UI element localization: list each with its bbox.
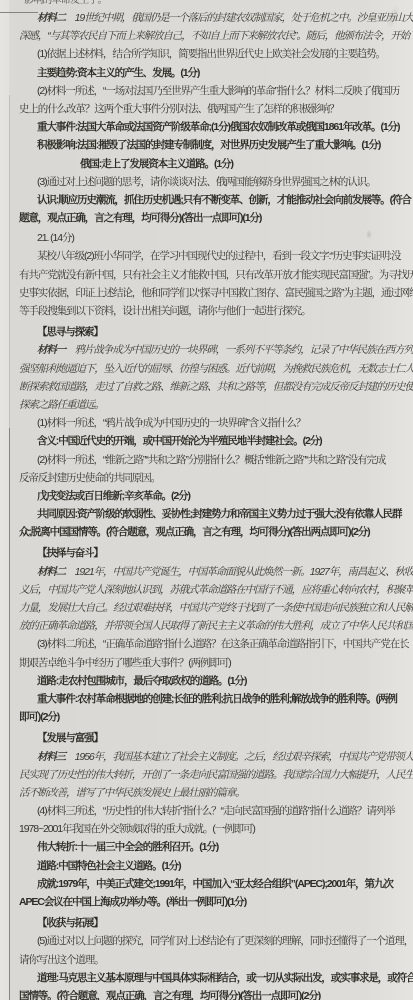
line-text: (1)材料一所述，“鸦片战争成为中国历史的一块界碑”含义指什么？	[37, 417, 305, 429]
text-line: 请你写出这个道理。	[19, 951, 413, 969]
text-line: 俄国:走上了发展资本主义道路。(1分)	[80, 155, 413, 173]
document-body: 影响的革命发生了。 材料二 19世纪中期，俄国仍是一个落后的封建农奴制国家，处于…	[0, 0, 413, 1000]
text-line: 断探索救国道路，走过了自救之路、维新之路、共和之路等，但都没有完成反帝反封建的历…	[19, 378, 413, 396]
line-text: 资本主义的产生、发展。(1分)	[77, 67, 199, 79]
line-text: 【发展与富强】	[37, 732, 103, 744]
line-text: 农村革命根据地的创建;长征的胜利;抗日战争的胜利;解放战争的胜利等。(两例	[77, 693, 397, 705]
text-line: 等手段搜集到以下资料，设计出相关问题，请你与他们一起进行探究。	[19, 302, 413, 320]
line-text: 资产阶级的软弱性、妥协性;封建势力和帝国主义势力过于强大;没有依靠人民群	[77, 508, 401, 520]
line-text: 法国大革命或法国资产阶级革命;(1分)俄国农奴制改革或俄国1861年改革。(1分…	[77, 121, 399, 133]
text-line: 主要趋势:资本主义的产生、发展。(1分)	[37, 64, 413, 82]
line-text: 中国近代史的开端，或中国开始沦为半殖民地半封建社会。(2分)	[58, 435, 321, 447]
line-text: (1)依据上述材料，结合所学知识，简要指出世界近代史上欧美社会发展的主要趋势。	[37, 48, 385, 60]
line-text: 1979年，中美正式建交;1991年，中国加入“亚太经合组织”(APEC);20…	[58, 878, 393, 890]
text-line: 道理:马克思主义基本原理与中国具体实际相结合，或一切从实际出发，或实事求是，或符…	[37, 969, 413, 987]
answer-label: 道路:	[37, 675, 58, 687]
line-text: 中国特色社会主义道路。(1分)	[58, 860, 180, 872]
answer-label: 认识:	[37, 194, 58, 206]
text-line: 力量，发展壮大自己。经过艰难抉择，中国共产党终于找到了一条使中国走向民族独立和人…	[19, 599, 413, 617]
text-line: 成就:1979年，中美正式建交;1991年，中国加入“亚太经合组织”(APEC)…	[37, 875, 413, 893]
line-text: 深感，“与其等农民自下而上来解放自己，不如自上而下来解放农民”。随后，他颁布法令…	[19, 30, 413, 42]
answer-label: 共同原因:	[37, 508, 77, 520]
line-text: 1921年，中国共产党诞生，中国革命面貌从此焕然一新。1927年，南昌起义、秋收…	[65, 566, 413, 578]
document-lines: 材料二 19世纪中期，俄国仍是一个落后的封建农奴制国家，处于危机之中。沙皇亚历山…	[0, 9, 413, 1000]
line-text: 走农村包围城市，最后夺取政权的道路。(1分)	[58, 675, 246, 687]
text-line: 期艰苦卓绝斗争中经历了哪些重大事件？(两例即可)	[19, 654, 413, 672]
text-line: 材料三 1956年，我国基本建立了社会主义制度。之后，经过艰辛探索，中国共产党带…	[37, 748, 413, 766]
answer-label: 重大事件:	[37, 121, 77, 133]
text-line: 重大事件:法国大革命或法国资产阶级革命;(1分)俄国农奴制改革或俄国1861年改…	[37, 118, 413, 136]
line-text: 强坚船利炮逼迫下，坠入近代的屈辱、彷徨与困惑。近代前期，为挽救民族危机，无数志士…	[19, 363, 413, 375]
text-line: 民实现了历史性的伟大转折，开创了一条走向民富国强的道路。我国综合国力大幅提升，人…	[19, 766, 413, 784]
text-line: (3)通过对上述问题的思考，请你谈谈对法、俄两国能够跻身世界强国之林的认识。	[37, 173, 413, 191]
clipped-top-line-text: 影响的革命发生了。	[24, 0, 413, 8]
text-line: (1)材料一所述，“鸦片战争成为中国历史的一块界碑”含义指什么？	[37, 414, 413, 432]
text-line: (1)依据上述材料，结合所学知识，简要指出世界近代史上欧美社会发展的主要趋势。	[37, 45, 413, 63]
answer-label: 道路:	[37, 860, 58, 872]
text-line: 材料二 1921年，中国共产党诞生，中国革命面貌从此焕然一新。1927年，南昌起…	[37, 563, 413, 581]
text-line: 强坚船利炮逼迫下，坠入近代的屈辱、彷徨与困惑。近代前期，为挽救民族危机，无数志士…	[19, 360, 413, 378]
line-text: 反帝反封建历史使命的共同原因。	[19, 472, 160, 484]
line-text: 题意，观点正确，言之有理，均可得分)(答出一点即可)(1分)	[19, 212, 261, 224]
text-line: 材料一 鸦片战争成为中国历史的一块界碑，一系列不平等条约，记录了中华民族在西方列	[37, 341, 413, 359]
text-line: 探索之路任重道远。	[19, 396, 413, 414]
line-text: 1956年，我国基本建立了社会主义制度。之后，经过艰辛探索，中国共产党带领人	[65, 751, 413, 763]
line-text: 法国:摧毁了法国的封建专制制度，对世界历史发展产生了重大影响。(1分)	[77, 139, 380, 151]
text-line: (2)材料一所述，“一场对法国乃至世界产生重大影响的革命”指什么？材料二反映了俄…	[37, 82, 413, 100]
line-text: 戊戌变法或百日维新;辛亥革命。(2分)	[37, 490, 190, 502]
text-line: 即可)(2分)	[19, 708, 413, 726]
line-text: 【思寻与探索】	[37, 326, 103, 338]
text-line: 1978~2001年我国在外交领域取得的重大成就。(一例即可)	[19, 820, 413, 838]
line-text: 期艰苦卓绝斗争中经历了哪些重大事件？(两例即可)	[19, 657, 231, 669]
line-text: 众;脱离中国国情等。(符合题意，观点正确，言之有理，均可得分)(答出两点即可)(…	[19, 526, 370, 538]
line-text: 十一届三中全会的胜利召开。(1分)	[77, 841, 218, 853]
text-line: 道路:走农村包围城市，最后夺取政权的道路。(1分)	[37, 672, 413, 690]
line-text: 马克思主义基本原理与中国具体实际相结合，或一切从实际出发，或实事求是，或符合	[58, 972, 413, 984]
answer-label: 积极影响:	[37, 139, 77, 151]
line-text: APEC会议在中国上海成功举办等。(举出一例即可)(1分)	[19, 896, 246, 908]
line-text: 放的正确革命道路，并带领全国人民取得了新民主主义革命的伟大胜利，成立了中华人民共…	[19, 620, 413, 632]
text-line: 【抉择与奋斗】	[37, 544, 413, 562]
text-line: 史事实依据，印证上述结论，他和同学们以“探寻中国救亡图存、富民强国之路”为主题，…	[19, 284, 413, 302]
text-line: 国情等。(符合题意，观点正确，言之有理，均可得分)(答出一点即可)(2分)	[19, 987, 413, 1000]
answer-label: 道理:	[37, 972, 58, 984]
line-text: 某校八年级(2)班小华同学，在学习中国现代史的过程中，看到一段文字:“历史事实证…	[37, 250, 400, 262]
line-text: 【抉择与奋斗】	[37, 547, 103, 559]
line-text: (3)材料二所述，“正确革命道路”指什么道路？在这条正确革命道路指引下，中国共产…	[37, 638, 409, 650]
text-line: 有共产党就没有新中国，只有社会主义才能救中国，只有改革开放才能实现民富国强”。为…	[19, 266, 413, 284]
page-spine-line-upper	[9, 95, 10, 428]
text-line: 【发展与富强】	[37, 729, 413, 747]
text-line: 认识:顺应历史潮流，抓住历史机遇;只有不断变革、创新，才能推动社会向前发展等。(…	[37, 191, 413, 209]
text-line: (5)通过对以上问题的探究，同学们对上述结论有了更深刻的理解，同时还懂得了一个道…	[37, 932, 413, 950]
text-line: APEC会议在中国上海成功举办等。(举出一例即可)(1分)	[19, 893, 413, 911]
answer-label: 主要趋势:	[37, 67, 77, 79]
line-text: 义后，中国共产党人深刻地认识到，苏俄式革命道路在中国行不通，应将重心转向农村，积…	[19, 584, 413, 596]
material-label: 材料一	[37, 344, 65, 356]
text-line: 放的正确革命道路，并带领全国人民取得了新民主主义革命的伟大胜利，成立了中华人民共…	[19, 617, 413, 635]
line-text: 探索之路任重道远。	[19, 399, 104, 411]
line-text: 走上了发展资本主义道路。(1分)	[101, 158, 233, 170]
text-line: 道路:中国特色社会主义道路。(1分)	[37, 857, 413, 875]
text-line: 伟大转折:十一届三中全会的胜利召开。(1分)	[37, 838, 413, 856]
line-text: (2)材料一所述，“维新之路”“共和之路”分别指什么？概括“维新之路”“共和之路…	[37, 454, 385, 466]
line-text: 民实现了历史性的伟大转折，开创了一条走向民富国强的道路。我国综合国力大幅提升，人…	[19, 769, 413, 781]
answer-label: 重大事件:	[37, 693, 77, 705]
line-text: (2)材料一所述，“一场对法国乃至世界产生重大影响的革命”指什么？材料二反映了俄…	[37, 85, 399, 97]
line-text: (3)通过对上述问题的思考，请你谈谈对法、俄两国能够跻身世界强国之林的认识。	[37, 176, 376, 188]
text-line: 【收获与拓展】	[37, 914, 413, 932]
line-text: 有共产党就没有新中国，只有社会主义才能救中国，只有改革开放才能实现民富国强”。为…	[19, 269, 413, 281]
text-line: 众;脱离中国国情等。(符合题意，观点正确，言之有理，均可得分)(答出两点即可)(…	[19, 523, 413, 541]
line-text: 力量，发展壮大自己。经过艰难抉择，中国共产党终于找到了一条使中国走向民族独立和人…	[19, 602, 413, 614]
answer-label: 含义:	[37, 435, 58, 447]
line-text: 【收获与拓展】	[37, 917, 103, 929]
text-line: 共同原因:资产阶级的软弱性、妥协性;封建势力和帝国主义势力过于强大;没有依靠人民…	[37, 505, 413, 523]
line-text: 国情等。(符合题意，观点正确，言之有理，均可得分)(答出一点即可)(2分)	[19, 990, 320, 1000]
line-text: 即可)(2分)	[19, 711, 59, 723]
material-label: 材料二	[37, 12, 65, 24]
answer-label: 伟大转折:	[37, 841, 77, 853]
line-text: 顺应历史潮流，抓住历史机遇;只有不断变革、创新，才能推动社会向前发展等。(符合	[58, 194, 411, 206]
text-line: 活不断改善，谱写了中华民族发展史上最壮丽的篇章。	[19, 784, 413, 802]
text-line: 材料二 19世纪中期，俄国仍是一个落后的封建农奴制国家，处于危机之中。沙皇亚历山…	[37, 9, 413, 27]
text-line: 【思寻与探索】	[37, 323, 413, 341]
text-line: 题意，观点正确，言之有理，均可得分)(答出一点即可)(1分)	[19, 209, 413, 227]
line-text: 1978~2001年我国在外交领域取得的重大成就。(一例即可)	[19, 823, 255, 835]
line-text: 鸦片战争成为中国历史的一块界碑，一系列不平等条约，记录了中华民族在西方列	[65, 344, 413, 356]
line-text: 19世纪中期，俄国仍是一个落后的封建农奴制国家，处于危机之中。沙皇亚历山大二世	[65, 12, 413, 24]
material-label: 材料二	[37, 566, 65, 578]
line-text: 史事实依据，印证上述结论，他和同学们以“探寻中国救亡图存、富民强国之路”为主题，…	[19, 287, 413, 299]
page-spine-line-lower	[9, 428, 10, 1000]
line-text: (5)通过对以上问题的探究，同学们对上述结论有了更深刻的理解，同时还懂得了一个道…	[37, 935, 413, 947]
line-text: 等手段搜集到以下资料，设计出相关问题，请你与他们一起进行探究。	[19, 305, 310, 317]
text-line: (4)材料三所述，“历史性的伟大转折”指什么？“走向民富国强的道路”指什么道路？…	[37, 802, 413, 820]
text-line: 21. (14分)	[37, 229, 413, 247]
text-line: 史上的什么改革？这两个重大事件分别对法、俄两国产生了怎样的积极影响？	[19, 100, 413, 118]
scanned-exam-page: 影响的革命发生了。 材料二 19世纪中期，俄国仍是一个落后的封建农奴制国家，处于…	[0, 0, 413, 1000]
text-line: (2)材料一所述，“维新之路”“共和之路”分别指什么？概括“维新之路”“共和之路…	[37, 451, 413, 469]
text-line: 深感，“与其等农民自下而上来解放自己，不如自上而下来解放农民”。随后，他颁布法令…	[19, 27, 413, 45]
text-line: 含义:中国近代史的开端，或中国开始沦为半殖民地半封建社会。(2分)	[37, 432, 413, 450]
line-text: (4)材料三所述，“历史性的伟大转折”指什么？“走向民富国强的道路”指什么道路？…	[37, 805, 395, 817]
line-text: 断探索救国道路，走过了自救之路、维新之路、共和之路等，但都没有完成反帝反封建的历…	[19, 381, 413, 393]
material-label: 材料三	[37, 751, 65, 763]
text-line: 反帝反封建历史使命的共同原因。	[19, 469, 413, 487]
answer-label: 俄国:	[80, 158, 101, 170]
text-line: 义后，中国共产党人深刻地认识到，苏俄式革命道路在中国行不通，应将重心转向农村，积…	[19, 581, 413, 599]
text-line: 戊戌变法或百日维新;辛亥革命。(2分)	[37, 487, 413, 505]
line-text: 请你写出这个道理。	[19, 954, 104, 966]
line-text: 史上的什么改革？这两个重大事件分别对法、俄两国产生了怎样的积极影响？	[19, 103, 339, 115]
text-line: 某校八年级(2)班小华同学，在学习中国现代史的过程中，看到一段文字:“历史事实证…	[37, 247, 413, 265]
clipped-top-line: 影响的革命发生了。	[24, 0, 413, 9]
text-line: (3)材料二所述，“正确革命道路”指什么道路？在这条正确革命道路指引下，中国共产…	[37, 635, 413, 653]
line-text: 活不断改善，谱写了中华民族发展史上最壮丽的篇章。	[19, 787, 245, 799]
text-line: 重大事件:农村革命根据地的创建;长征的胜利;抗日战争的胜利;解放战争的胜利等。(…	[37, 690, 413, 708]
text-line: 积极影响:法国:摧毁了法国的封建专制制度，对世界历史发展产生了重大影响。(1分)	[37, 136, 413, 154]
line-text: 21. (14分)	[37, 232, 74, 244]
answer-label: 成就:	[37, 878, 58, 890]
